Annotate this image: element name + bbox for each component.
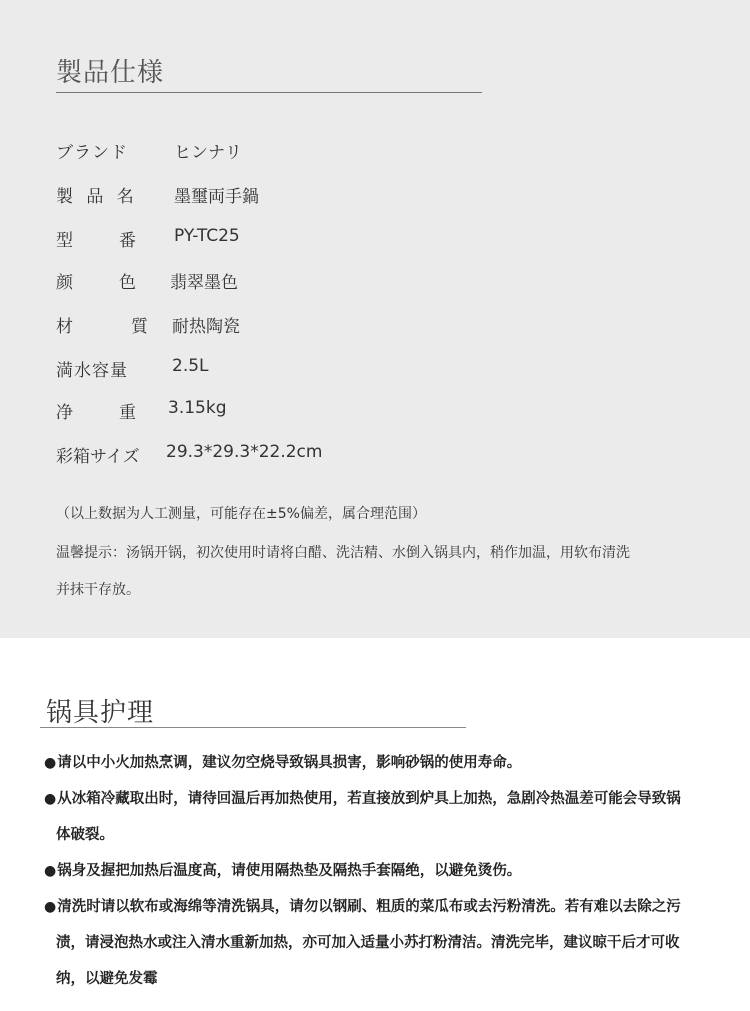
spec-value: 翡翠墨色 [170, 268, 238, 293]
spec-value: 墨璽両手鍋 [174, 182, 259, 207]
care-item-2: ●从冰箱冷藏取出时，请待回温后再加热使用，若直接放到炉具上加热，急剧冷热温差可能… [44, 787, 681, 808]
spec-section: 製品仕様 ブランド ヒンナリ 製 品 名 墨璽両手鍋 型 番 PY-TC25 颜… [0, 0, 750, 638]
spec-value: 29.3*29.3*22.2cm [166, 442, 322, 462]
spec-label: 彩箱サイズ [56, 442, 140, 467]
care-item-4: ●清洗时请以软布或海绵等清洗锅具，请勿以钢刷、粗质的菜瓜布或去污粉清洗。若有难以… [44, 895, 681, 916]
spec-label: 材 質 [56, 312, 156, 337]
spec-label: 净 重 [56, 398, 140, 423]
spec-label: 颜 色 [56, 268, 140, 293]
care-item-4-cont-2: 纳，以避免发霉 [56, 967, 158, 988]
bullet-icon: ● [44, 755, 56, 771]
spec-title: 製品仕様 [56, 52, 164, 89]
bullet-icon: ● [44, 899, 56, 915]
spec-value: PY-TC25 [174, 226, 240, 246]
bullet-icon: ● [44, 791, 56, 807]
spec-value: 3.15kg [168, 398, 227, 418]
care-item-1: ●请以中小火加热烹调，建议勿空烧导致锅具损害，影响砂锅的使用寿命。 [44, 751, 521, 772]
spec-title-divider [56, 92, 482, 93]
tip-line-2: 并抹干存放。 [56, 579, 140, 599]
care-text: 请以中小火加热烹调，建议勿空烧导致锅具损害，影响砂锅的使用寿命。 [57, 755, 521, 771]
spec-label: 製 品 名 [56, 182, 138, 207]
care-text: 锅身及握把加热后温度高，请使用隔热垫及隔热手套隔绝，以避免烫伤。 [57, 863, 521, 879]
spec-label: 型 番 [56, 226, 140, 251]
tip-line-1: 温馨提示：汤锅开锅，初次使用时请将白醋、洗洁精、水倒入锅具内，稍作加温，用软布清… [56, 542, 630, 562]
spec-value: ヒンナリ [174, 138, 242, 163]
care-item-2-cont: 体破裂。 [56, 823, 114, 844]
spec-value: 耐热陶瓷 [172, 312, 240, 337]
care-text: 从冰箱冷藏取出时，请待回温后再加热使用，若直接放到炉具上加热，急剧冷热温差可能会… [57, 791, 681, 807]
care-text: 清洗时请以软布或海绵等清洗锅具，请勿以钢刷、粗质的菜瓜布或去污粉清洗。若有难以去… [57, 899, 681, 915]
care-item-3: ●锅身及握把加热后温度高，请使用隔热垫及隔热手套隔绝，以避免烫伤。 [44, 859, 521, 880]
spec-label: 満水容量 [56, 356, 128, 381]
care-title: 锅具护理 [46, 692, 154, 729]
spec-value: 2.5L [172, 356, 209, 376]
spec-label: ブランド [56, 138, 128, 163]
care-item-4-cont-1: 渍，请浸泡热水或注入清水重新加热，亦可加入适量小苏打粉清洁。清洗完毕，建议晾干后… [56, 931, 680, 952]
bullet-icon: ● [44, 863, 56, 879]
care-title-divider [40, 727, 466, 728]
measurement-disclaimer: （以上数据为人工测量，可能存在±5%偏差，属合理范围） [56, 503, 426, 523]
